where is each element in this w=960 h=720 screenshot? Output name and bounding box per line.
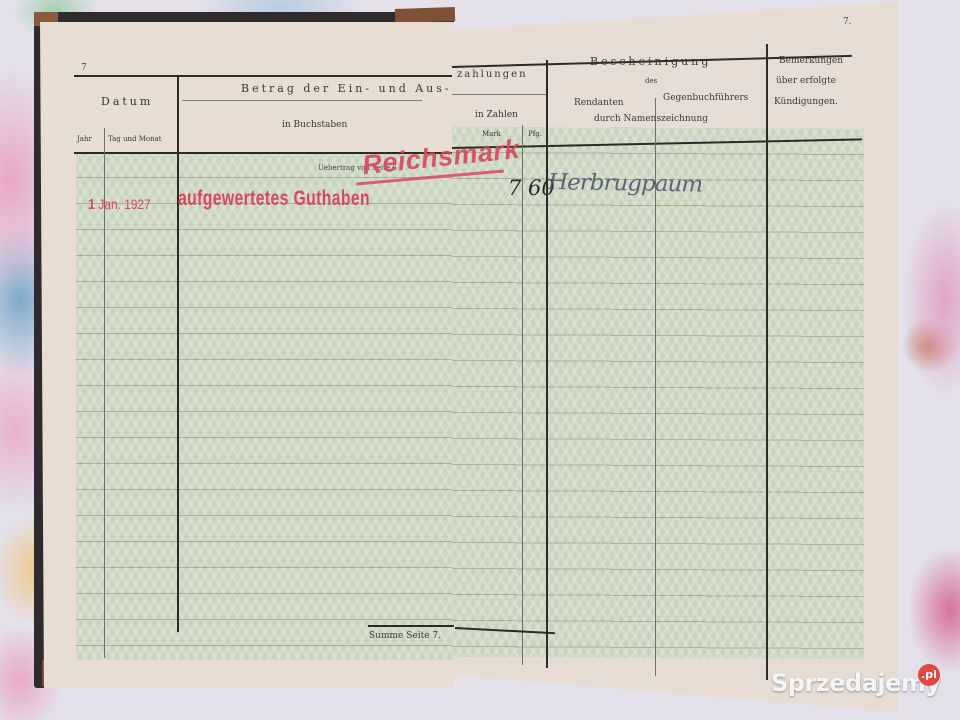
header-durch-namenszeichnung: durch Namenszeichnung [594,114,708,124]
column-divider-zahlungen [546,60,548,668]
cover-spine-leather [395,7,455,23]
column-divider-mark-pfg [522,125,523,665]
header-datum: Datum [101,95,153,108]
header-bemerkungen-3: Kündigungen. [774,97,838,107]
header-zahlungen: zahlungen [457,69,528,80]
header-sub-rule-zahlungen [452,94,546,95]
header-des: des [645,77,657,85]
header-rendanten: Rendanten [574,98,624,108]
watermark-tld-badge: .pl [918,664,940,686]
header-bemerkungen-2: über erfolgte [776,76,836,86]
ledger-grid-right [452,127,864,659]
header-top-rule-left [74,75,452,77]
entry-month-year: Jan. 1927 [98,196,150,212]
column-divider-datum [177,77,179,632]
left-page-number: 7 [81,63,87,73]
column-divider-bemerkungen [766,44,768,680]
header-tag-und-monat: Tag und Monat [108,135,162,143]
summe-seite-label: Summe Seite 7. [369,631,441,641]
header-gegenbuchfuehrers: Gegenbuchführers [663,93,748,103]
entry-date: 1 Jan. 1927 [88,196,151,213]
header-jahr: Jahr [77,135,92,143]
right-page-number: 7. [843,17,852,27]
header-in-zahlen: in Zahlen [475,110,518,120]
header-sub-rule-betrag [182,100,422,101]
header-bescheinigung: Bescheinigung [590,55,711,68]
summe-rule-left [368,625,454,627]
watermark-brand: Sprzedajemy [771,669,941,697]
header-in-buchstaben: in Buchstaben [282,120,347,130]
entry-description: aufgewertetes Guthaben [178,187,370,211]
entry-day: 1 [88,196,95,213]
ledger-grid-left [76,152,454,660]
header-betrag: Betrag der Ein- und Aus- [241,82,452,95]
entry-signature: Herbrugpaum [548,170,703,198]
header-pfg: Pfg. [528,130,542,138]
header-bemerkungen-1: Bemerkungen [779,56,843,66]
